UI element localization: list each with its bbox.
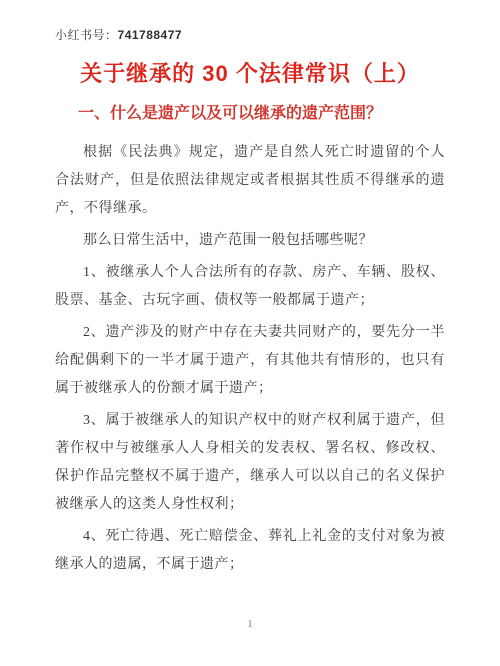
paragraph: 3、属于被继承人的知识产权中的财产权利属于遗产，但著作权中与被继承人人身相关的发…	[55, 407, 445, 519]
paragraph: 根据《民法典》规定，遗产是自然人死亡时遗留的个人合法财产，但是依照法律规定或者根…	[55, 139, 445, 223]
page-number: 1	[0, 619, 500, 630]
body-text: 根据《民法典》规定，遗产是自然人死亡时遗留的个人合法财产，但是依照法律规定或者根…	[55, 139, 445, 579]
paragraph: 4、死亡待遇、死亡赔偿金、葬礼上礼金的支付对象为被继承人的遗属，不属于遗产；	[55, 523, 445, 579]
paragraph: 2、遗产涉及的财产中存在夫妻共同财产的，要先分一半给配偶剩下的一半才属于遗产，有…	[55, 319, 445, 403]
paragraph: 那么日常生活中，遗产范围一般包括哪些呢？	[55, 227, 445, 255]
account-line: 小红书号：741788477	[55, 28, 500, 42]
document-title: 关于继承的 30 个法律常识（上）	[0, 58, 500, 90]
document-page: 小红书号：741788477 关于继承的 30 个法律常识（上） 一、什么是遗产…	[0, 0, 500, 666]
section-heading: 一、什么是遗产以及可以继承的遗产范围？	[55, 105, 500, 123]
account-number: 741788477	[118, 28, 183, 42]
account-label: 小红书号：	[55, 28, 118, 42]
paragraph: 1、被继承人个人合法所有的存款、房产、车辆、股权、股票、基金、古玩字画、债权等一…	[55, 259, 445, 315]
